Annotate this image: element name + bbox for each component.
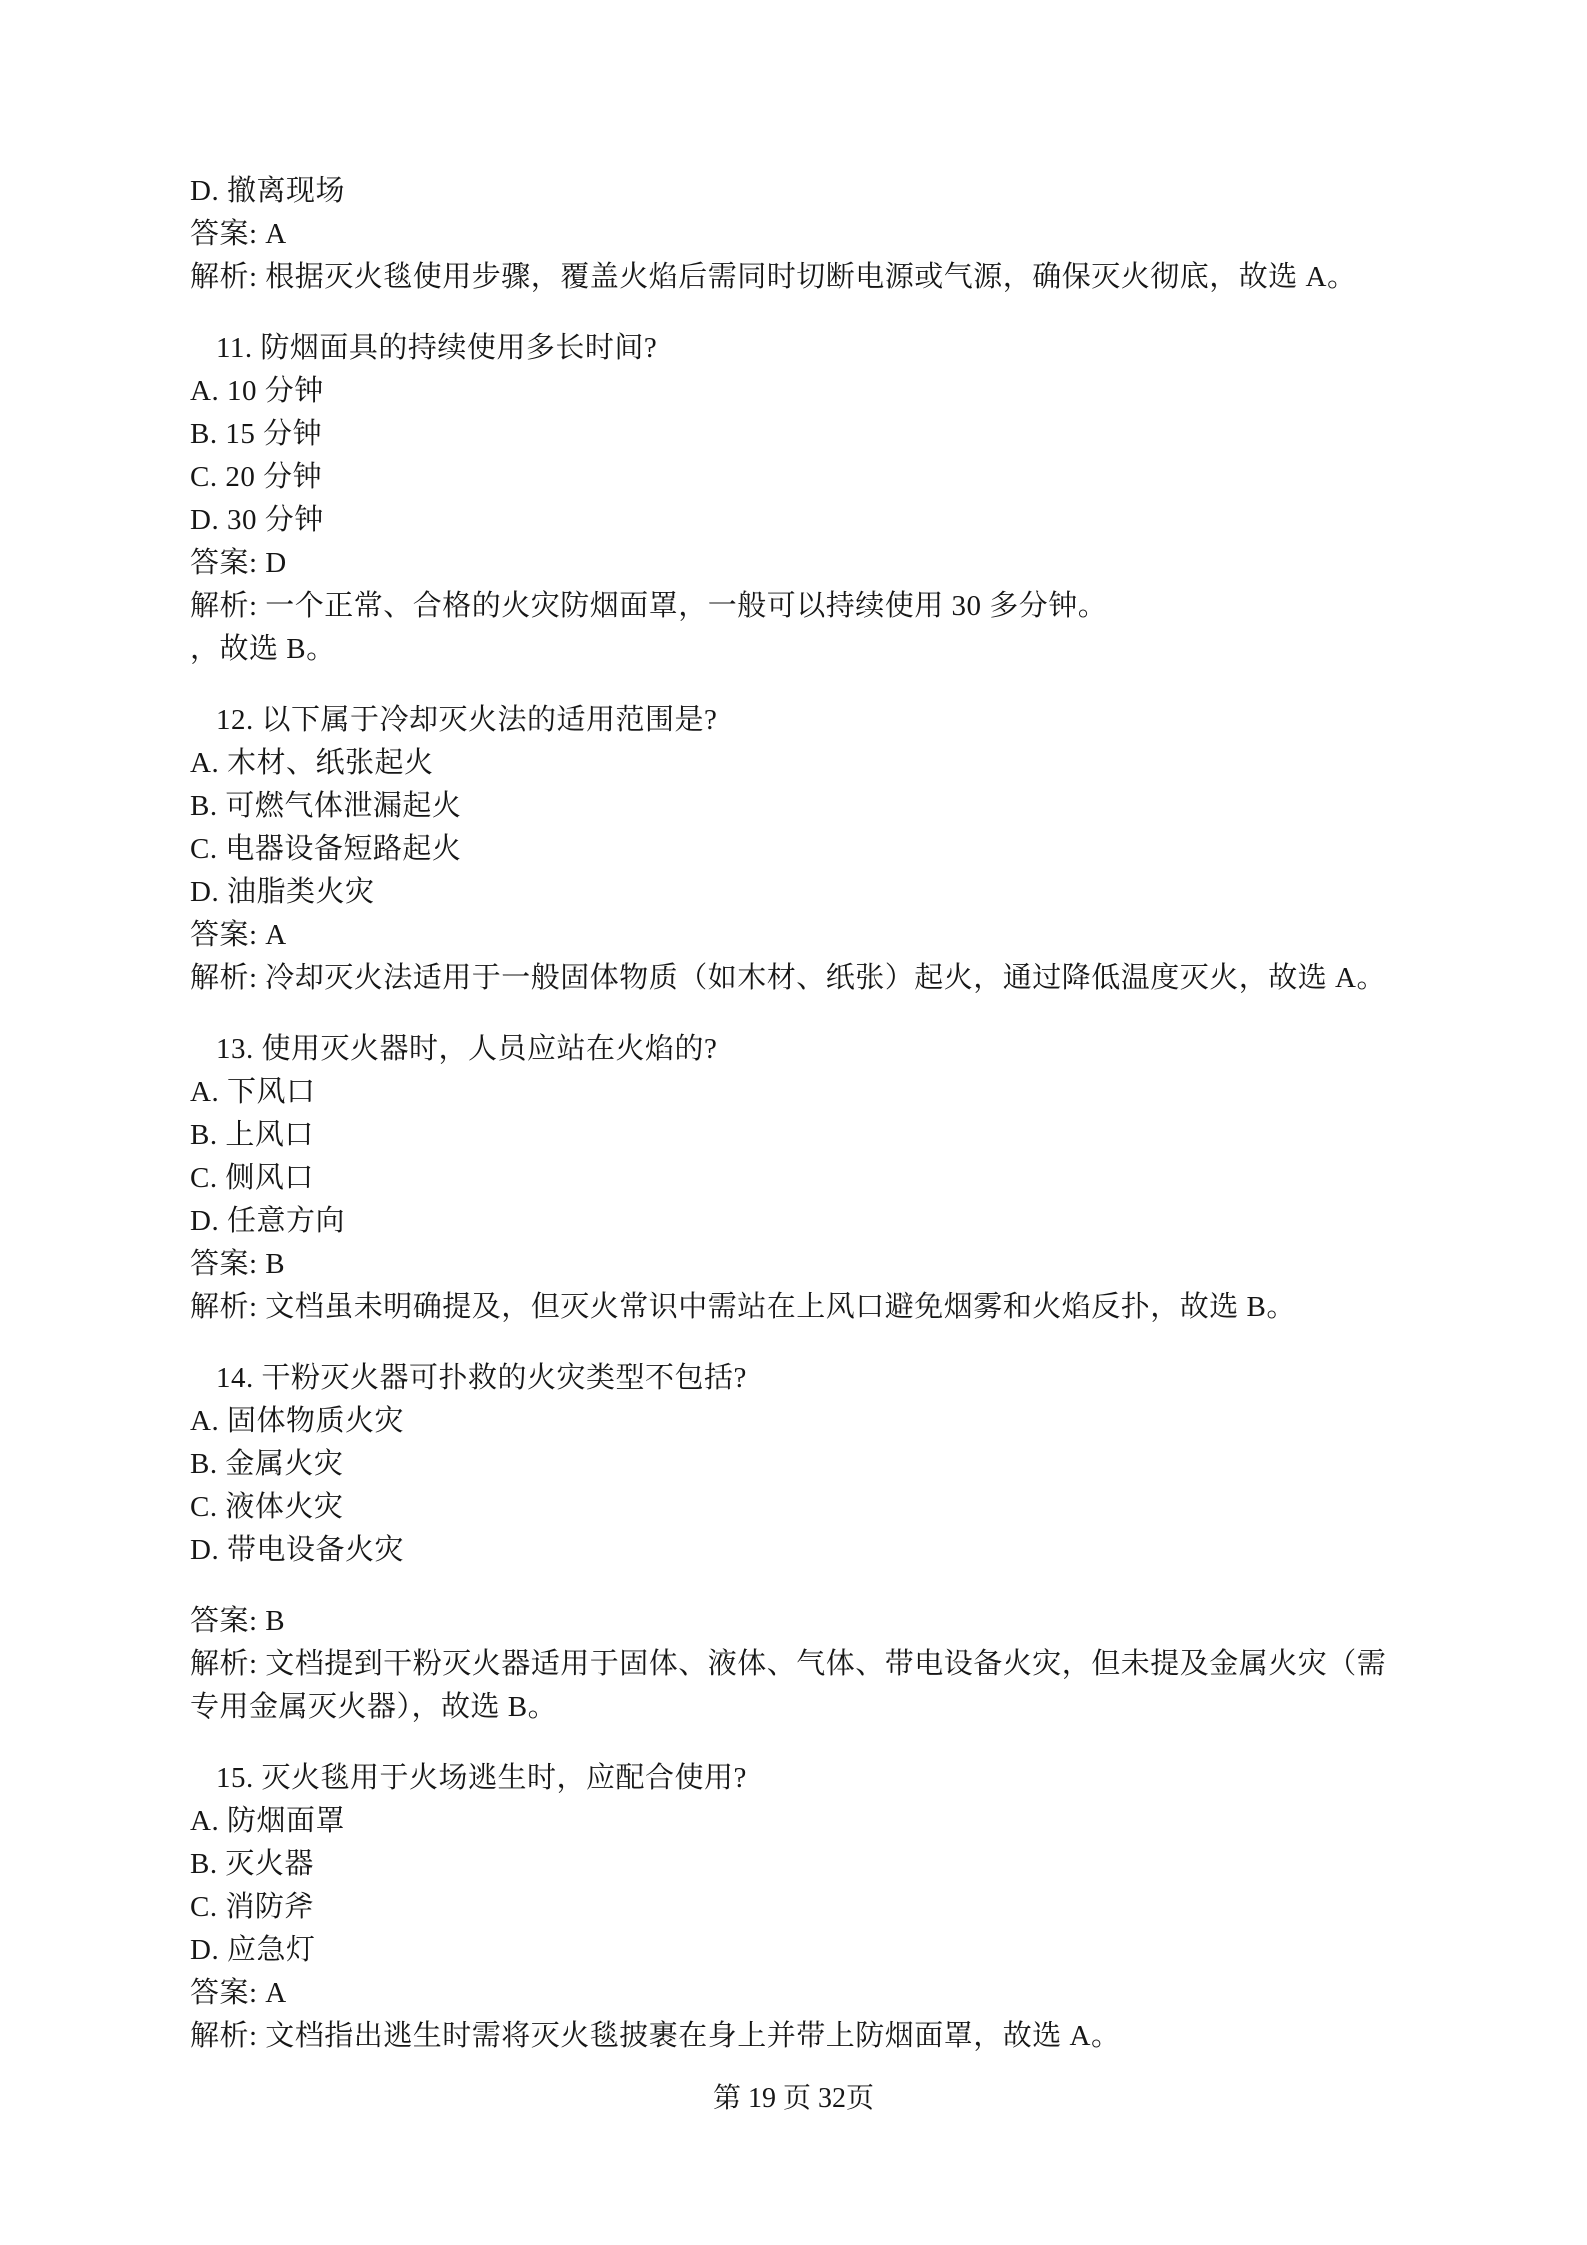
text-line: C. 消防斧 <box>190 1886 1470 1929</box>
question-block: 答案: B解析: 文档提到干粉灭火器适用于固体、液体、气体、带电设备火灾，但未提… <box>190 1600 1470 1729</box>
document-page: D. 撤离现场答案: A解析: 根据灭火毯使用步骤，覆盖火焰后需同时切断电源或气… <box>0 0 1587 2245</box>
text-line: C. 电器设备短路起火 <box>190 828 1470 871</box>
text-line: A. 木材、纸张起火 <box>190 742 1470 785</box>
text-line: 答案: B <box>190 1600 1470 1643</box>
text-line: B. 灭火器 <box>190 1843 1470 1886</box>
question-block: 13. 使用灭火器时，人员应站在火焰的?A. 下风口B. 上风口C. 侧风口D.… <box>190 1028 1470 1329</box>
text-line: 解析: 文档虽未明确提及，但灭火常识中需站在上风口避免烟雾和火焰反扑，故选 B。 <box>190 1286 1470 1329</box>
text-line: 解析: 冷却灭火法适用于一般固体物质（如木材、纸张）起火，通过降低温度灭火，故选… <box>190 957 1470 1000</box>
text-line: B. 可燃气体泄漏起火 <box>190 785 1470 828</box>
question-title: 12. 以下属于冷却灭火法的适用范围是? <box>190 699 1470 742</box>
text-line: D. 撤离现场 <box>190 170 1470 213</box>
question-title: 11. 防烟面具的持续使用多长时间? <box>190 327 1470 370</box>
text-line: B. 15 分钟 <box>190 413 1470 456</box>
question-block: 12. 以下属于冷却灭火法的适用范围是?A. 木材、纸张起火B. 可燃气体泄漏起… <box>190 699 1470 1000</box>
text-line: ，故选 B。 <box>190 628 1470 671</box>
text-line: D. 油脂类火灾 <box>190 871 1470 914</box>
text-line: 答案: A <box>190 914 1470 957</box>
text-line: 答案: A <box>190 1972 1470 2015</box>
text-line: 解析: 根据灭火毯使用步骤，覆盖火焰后需同时切断电源或气源，确保灭火彻底，故选 … <box>190 256 1470 299</box>
text-line: A. 防烟面罩 <box>190 1800 1470 1843</box>
text-line: D. 带电设备火灾 <box>190 1529 1470 1572</box>
text-line: 答案: B <box>190 1243 1470 1286</box>
questions-area: D. 撤离现场答案: A解析: 根据灭火毯使用步骤，覆盖火焰后需同时切断电源或气… <box>190 170 1470 2058</box>
text-line: B. 金属火灾 <box>190 1443 1470 1486</box>
text-line: A. 下风口 <box>190 1071 1470 1114</box>
text-line: D. 任意方向 <box>190 1200 1470 1243</box>
question-block: 15. 灭火毯用于火场逃生时，应配合使用?A. 防烟面罩B. 灭火器C. 消防斧… <box>190 1757 1470 2058</box>
question-block: 14. 干粉灭火器可扑救的火灾类型不包括?A. 固体物质火灾B. 金属火灾C. … <box>190 1357 1470 1572</box>
question-title: 14. 干粉灭火器可扑救的火灾类型不包括? <box>190 1357 1470 1400</box>
text-line: 专用金属灭火器），故选 B。 <box>190 1686 1470 1729</box>
question-block: D. 撤离现场答案: A解析: 根据灭火毯使用步骤，覆盖火焰后需同时切断电源或气… <box>190 170 1470 299</box>
text-line: C. 液体火灾 <box>190 1486 1470 1529</box>
text-line: C. 侧风口 <box>190 1157 1470 1200</box>
question-block: 11. 防烟面具的持续使用多长时间?A. 10 分钟B. 15 分钟C. 20 … <box>190 327 1470 671</box>
text-line: 答案: A <box>190 213 1470 256</box>
text-line: D. 30 分钟 <box>190 499 1470 542</box>
page-number: 第 19 页 32页 <box>713 2083 874 2114</box>
text-line: D. 应急灯 <box>190 1929 1470 1972</box>
text-line: 解析: 文档提到干粉灭火器适用于固体、液体、气体、带电设备火灾，但未提及金属火灾… <box>190 1643 1470 1686</box>
text-line: 答案: D <box>190 542 1470 585</box>
question-title: 15. 灭火毯用于火场逃生时，应配合使用? <box>190 1757 1470 1800</box>
page-footer: 第 19 页 32页 <box>0 2082 1587 2116</box>
text-line: C. 20 分钟 <box>190 456 1470 499</box>
text-line: A. 10 分钟 <box>190 370 1470 413</box>
text-line: 解析: 文档指出逃生时需将灭火毯披裹在身上并带上防烟面罩，故选 A。 <box>190 2015 1470 2058</box>
text-line: B. 上风口 <box>190 1114 1470 1157</box>
question-title: 13. 使用灭火器时，人员应站在火焰的? <box>190 1028 1470 1071</box>
text-line: 解析: 一个正常、合格的火灾防烟面罩，一般可以持续使用 30 多分钟。 <box>190 585 1470 628</box>
text-line: A. 固体物质火灾 <box>190 1400 1470 1443</box>
